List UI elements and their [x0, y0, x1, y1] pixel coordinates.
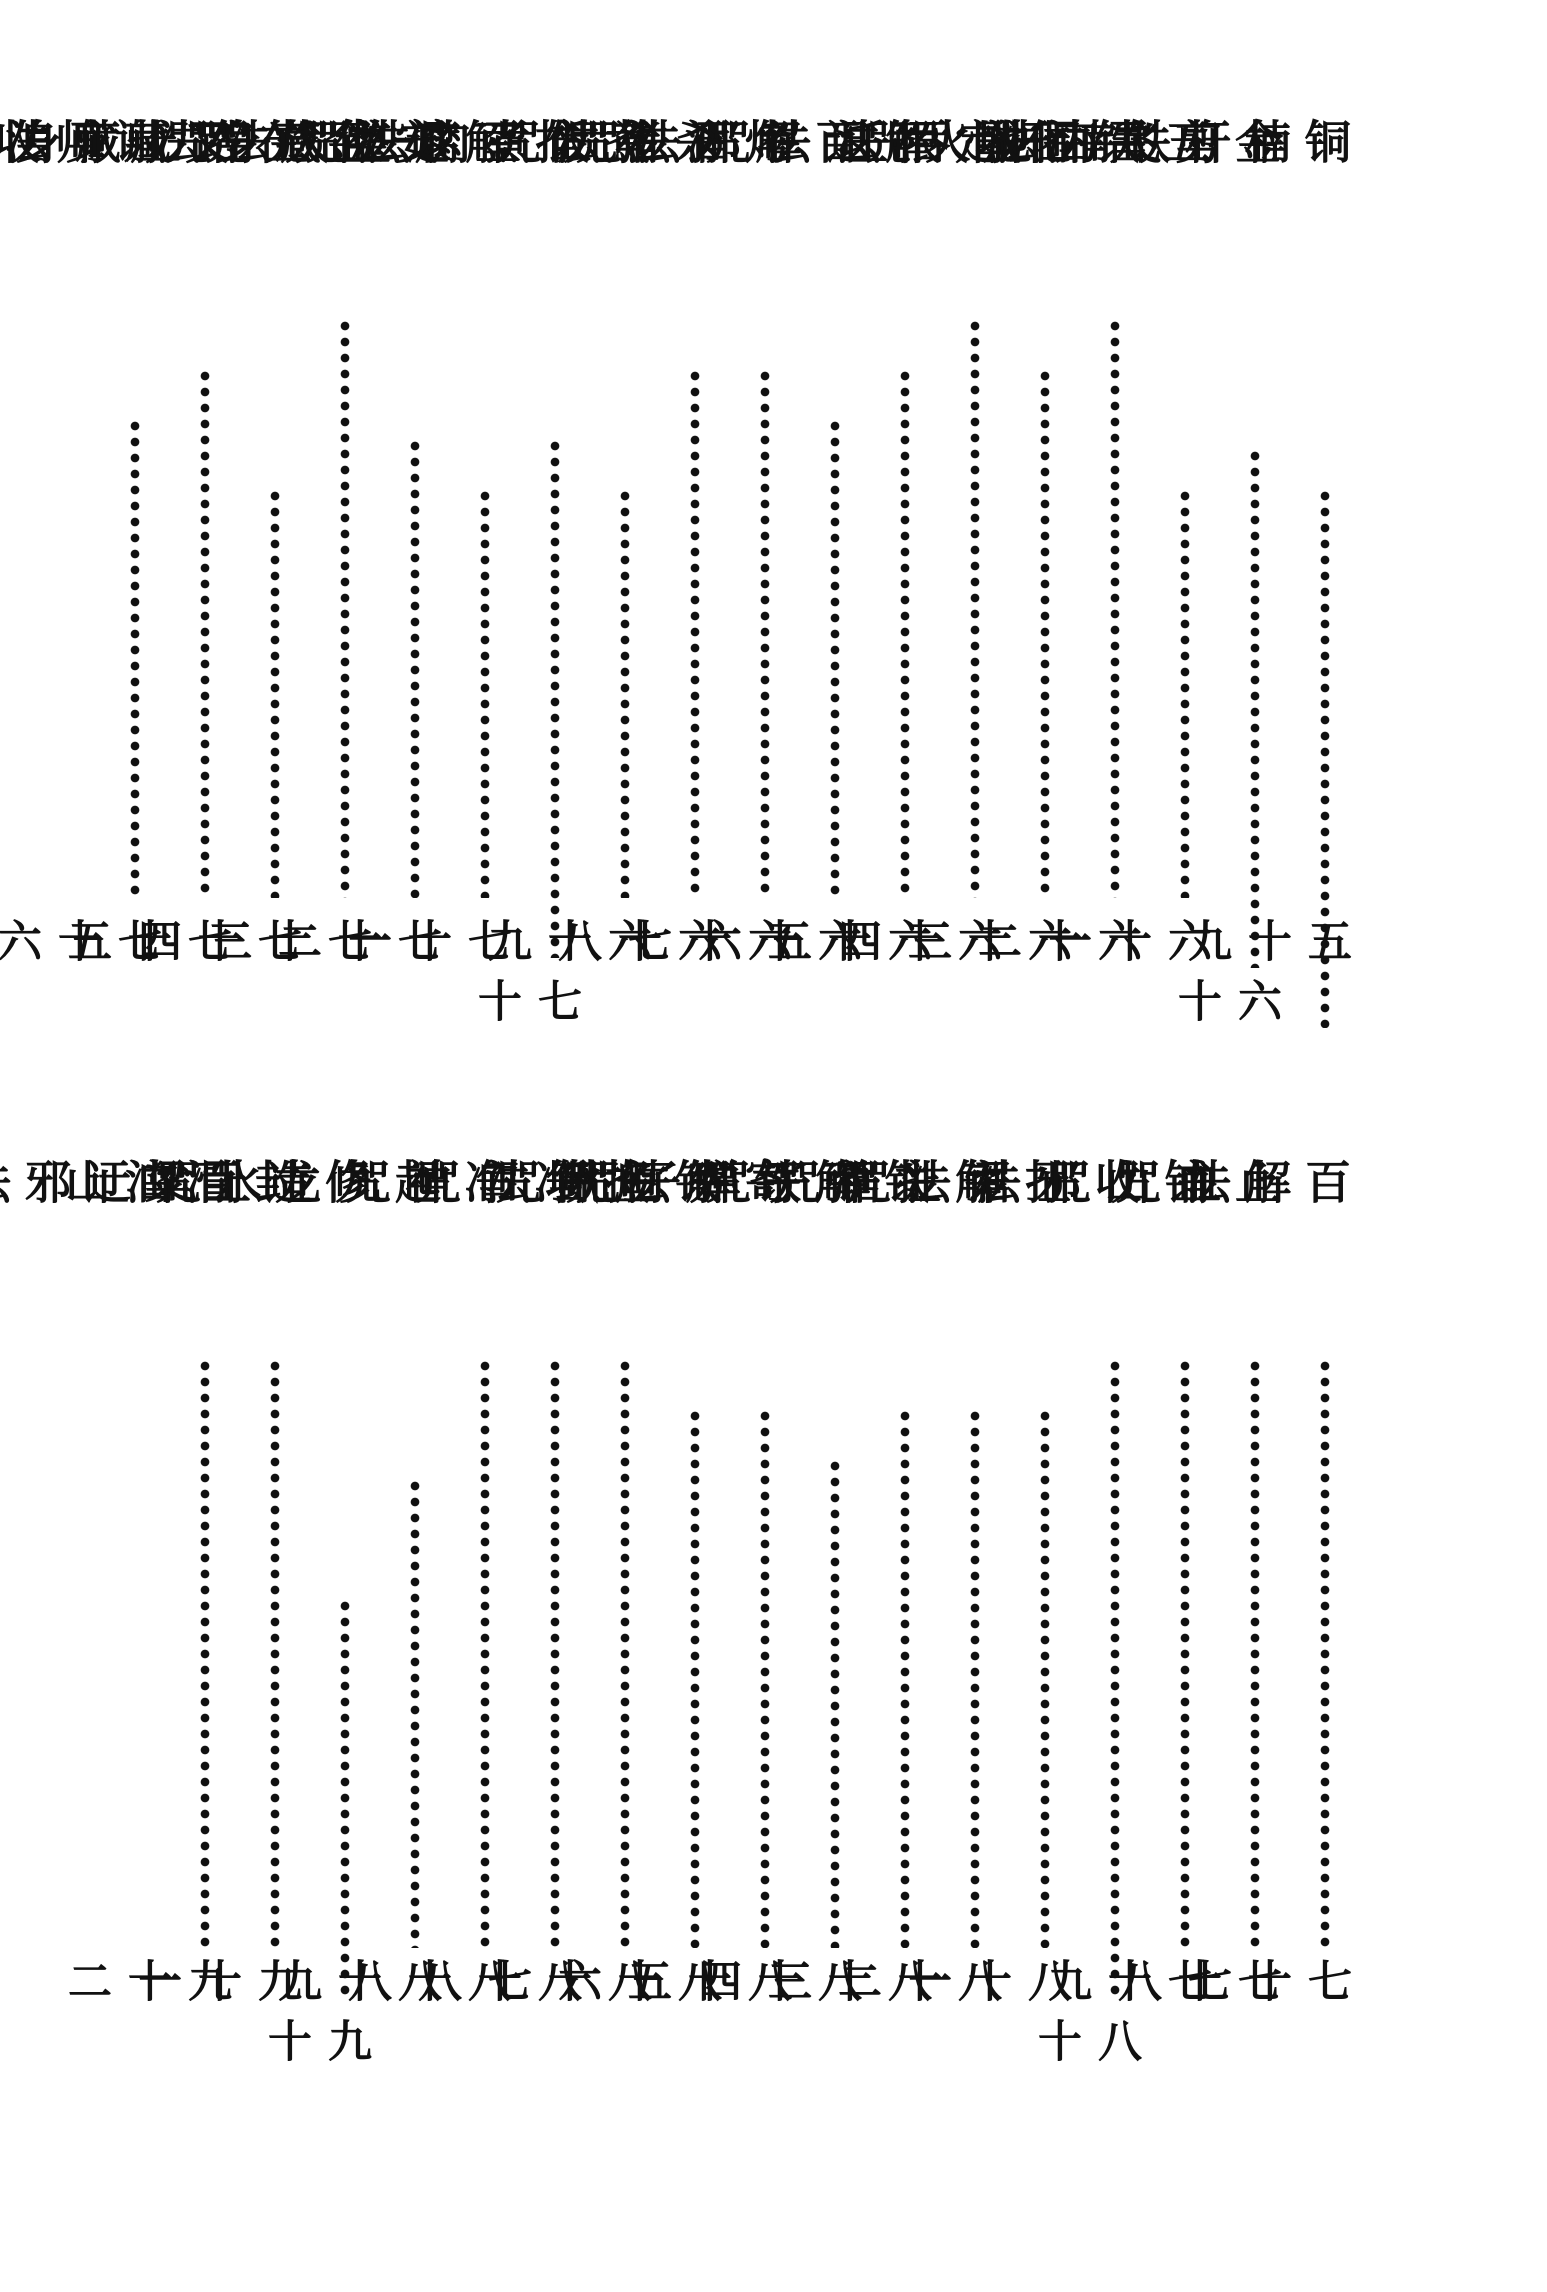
entry-title: 扯锯法咒 — [1015, 1158, 1075, 1207]
dot-leader — [1249, 448, 1261, 968]
entry-title: 铁围城 — [1085, 118, 1145, 167]
entry-page-number: 八十一 — [1015, 1958, 1075, 2007]
dot-leader — [479, 1358, 491, 1948]
entry-page-number: 七十六 — [105, 918, 165, 967]
entry-title: 解扯锯咒 — [945, 1158, 1005, 1207]
toc-top-section: 铜楠杆铁楠杆 五十九 金剪飞刀法 六十 五雷油池火咒 六十一 铁围城 六十二 化… — [0, 0, 1547, 1146]
entry-title: 谢师收魂法 — [105, 118, 165, 167]
entry-title: 寄解法咒 — [735, 1158, 795, 1207]
entry-title: 滑油山 — [175, 1158, 235, 1207]
dot-leader — [409, 438, 421, 898]
dot-leader — [1039, 368, 1051, 898]
entry-page-number: 六十二 — [1085, 918, 1145, 967]
dot-leader — [549, 438, 561, 958]
entry-page-number: 八十三 — [875, 1958, 935, 2007]
entry-title: 净神咒 — [455, 1158, 515, 1207]
entry-page-number: 六十六 — [805, 918, 865, 967]
entry-page-number: 八十八 — [455, 1958, 515, 2007]
dot-leader — [759, 368, 771, 898]
entry-title: 金剪飞刀法 — [1225, 118, 1285, 167]
entry-title: 修造上粱迂邪法 — [315, 1158, 375, 1207]
dot-leader — [619, 488, 631, 898]
dot-leader — [199, 368, 211, 898]
dot-leader — [689, 368, 701, 898]
entry-title: 起九龙水咒 — [385, 1158, 445, 1207]
entry-page-number: 七十三 — [315, 918, 375, 967]
entry-title: 又藏身法 — [175, 118, 235, 167]
entry-page-number: 八十二 — [945, 1958, 1005, 2007]
entry-page-number: 六十三 — [1015, 918, 1075, 967]
entry-page-number: 七十一 — [455, 918, 515, 967]
entry-title: 收邪法 — [1085, 1158, 1145, 1207]
entry-page-number: 五十九 — [1295, 918, 1355, 967]
entry-page-number: 六十四 — [945, 918, 1005, 967]
entry-title: 铜楠杆铁楠杆 — [1295, 118, 1355, 167]
entry-page-number: 九十 — [315, 2018, 375, 2067]
entry-page-number: 八十八 — [525, 1958, 585, 2007]
toc-bottom-section: 百解法 七十七 止血咒 七十八 铺山咒 七十九 收邪法 八十 扯锯法咒 八十一 … — [0, 1146, 1547, 2292]
dot-leader — [899, 1408, 911, 1948]
entry-title: 止血咒 — [1225, 1158, 1285, 1207]
entry-title: 解退法咒 — [875, 118, 935, 167]
entry-title: 杀猪法咒 — [665, 118, 725, 167]
dot-leader — [269, 1358, 281, 1948]
dot-leader — [1249, 1358, 1261, 1948]
dot-leader — [1179, 1358, 1191, 1948]
entry-page-number: 六十 — [1225, 978, 1285, 1027]
entry-title: 煮饭煮肉法咒 — [595, 118, 655, 167]
entry-title: 定根法 — [945, 118, 1005, 167]
entry-title: 五雷油池火咒 — [1155, 118, 1215, 167]
dot-leader — [829, 418, 841, 898]
entry-page-number: 八十五 — [735, 1958, 795, 2007]
dot-leader — [339, 318, 351, 898]
dot-leader — [199, 1358, 211, 1948]
entry-page-number: 七十二 — [385, 918, 445, 967]
dot-leader — [759, 1408, 771, 1948]
entry-page-number: 八十九 — [385, 1958, 445, 2007]
entry-title: 封百口 — [245, 1158, 305, 1207]
entry-title: 烤酒法咒 — [735, 118, 795, 167]
entry-title: 净口咒 — [525, 1158, 585, 1207]
entry-page-number: 八十六 — [665, 1958, 725, 2007]
entry-title: 铁弹子咒 — [875, 1158, 935, 1207]
dot-leader — [969, 318, 981, 898]
entry-page-number: 六十七 — [735, 918, 795, 967]
entry-page-number: 六十一 — [1155, 918, 1215, 967]
entry-page-number: 七十九 — [1155, 1958, 1215, 2007]
dot-leader — [619, 1358, 631, 1948]
entry-page-number: 九十二 — [175, 1958, 235, 2007]
entry-page-number: 八十 — [1085, 2018, 1145, 2067]
entry-page-number: 六十五 — [875, 918, 935, 967]
entry-title: 在路上藏身法 — [245, 118, 305, 167]
dot-leader — [339, 1598, 351, 1998]
entry-title: 百解法 — [1295, 1158, 1355, 1207]
entry-title: 解铁弹子咒 — [805, 1158, 865, 1207]
entry-title: 金光咒 — [315, 118, 375, 167]
dot-leader — [689, 1408, 701, 1948]
entry-title: 解退整人法咒 — [455, 118, 515, 167]
dot-leader — [1109, 1358, 1121, 1998]
entry-page-number: 七十四 — [245, 918, 305, 967]
entry-title: 安位藏身法 — [385, 118, 445, 167]
entry-page-number: 七十五 — [175, 918, 235, 967]
entry-page-number: 九十一 — [245, 1958, 305, 2007]
entry-page-number: 八十四 — [805, 1958, 865, 2007]
entry-page-number: 六十九 — [595, 918, 655, 967]
entry-page-number: 八十七 — [595, 1958, 655, 2007]
entry-page-number: 七十 — [525, 978, 585, 1027]
entry-title: 铺山咒 — [1155, 1158, 1215, 1207]
dot-leader — [829, 1458, 841, 1948]
dot-leader — [479, 488, 491, 898]
dot-leader — [409, 1478, 421, 1948]
dot-leader — [1319, 1358, 1331, 1948]
entry-title: 推豆腐法咒 — [525, 118, 585, 167]
dot-leader — [1039, 1408, 1051, 1948]
entry-title: 化骨吞壬 — [1015, 118, 1075, 167]
dot-leader — [1179, 488, 1191, 898]
dot-leader — [1109, 318, 1121, 898]
entry-page-number: 六十八 — [665, 918, 725, 967]
dot-leader — [549, 1358, 561, 1948]
dot-leader — [969, 1408, 981, 1948]
entry-title: 搬墙法 — [595, 1158, 655, 1207]
entry-page-number: 七十八 — [1225, 1958, 1285, 2007]
dot-leader — [899, 368, 911, 898]
entry-title: 铁鱼鳅咒 — [665, 1158, 725, 1207]
dot-leader — [129, 418, 141, 898]
entry-page-number: 七十七 — [1295, 1958, 1355, 2007]
entry-title: 百解邪法咒 — [805, 118, 865, 167]
dot-leader — [269, 488, 281, 898]
